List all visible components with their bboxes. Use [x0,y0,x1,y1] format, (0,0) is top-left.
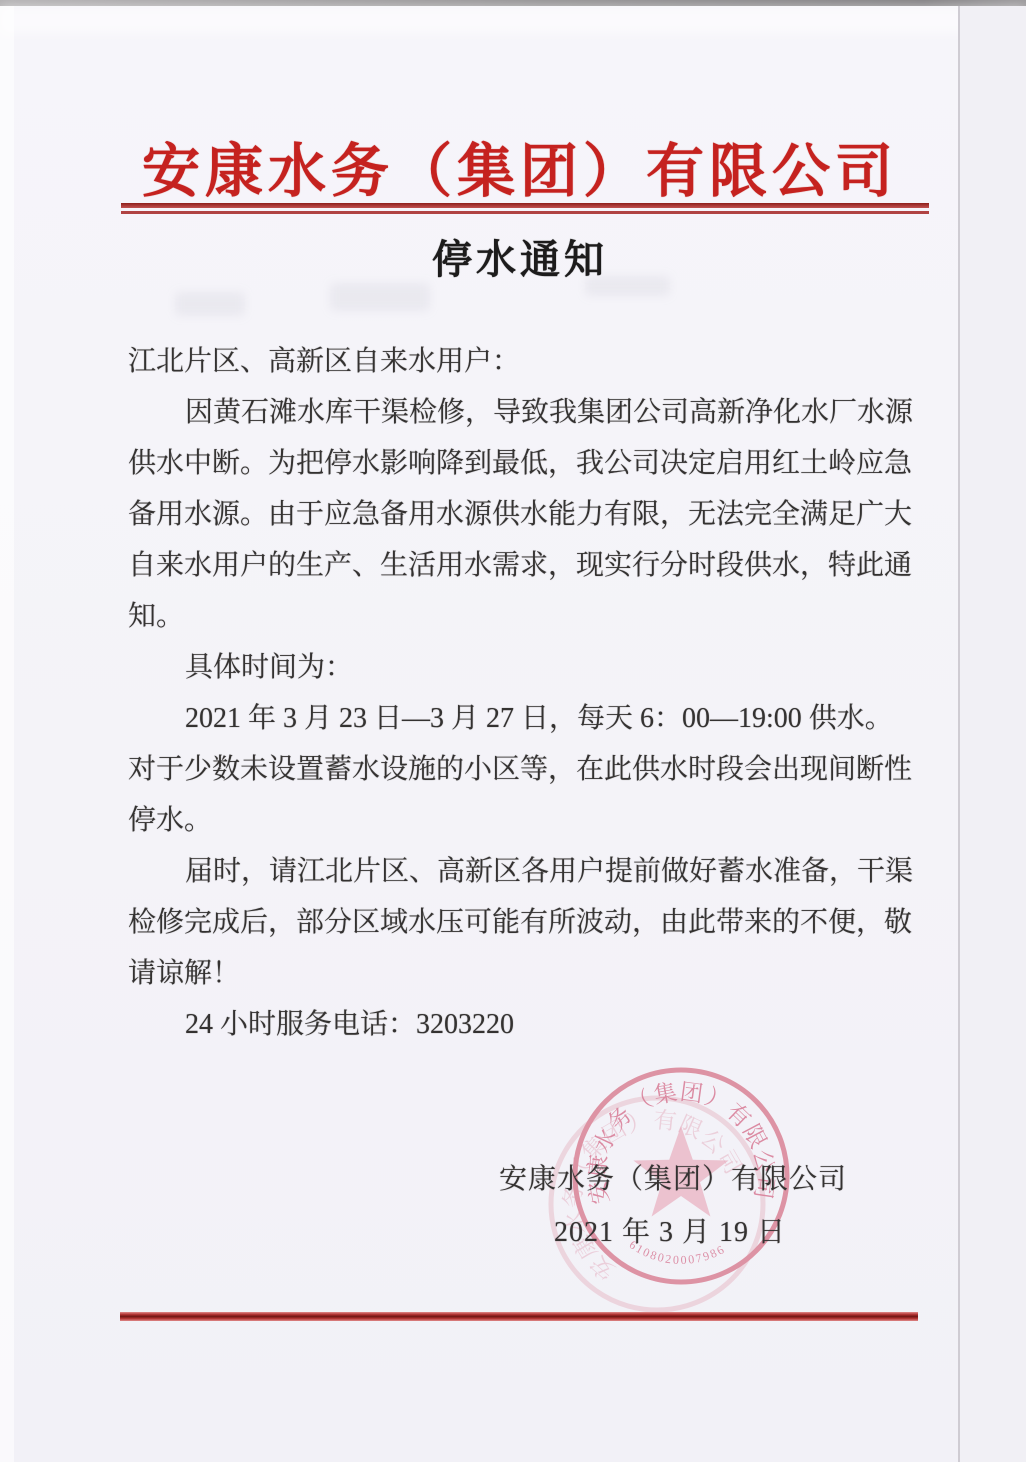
body-line: 供水中断。为把停水影响降到最低，我公司决定启用红土岭应急 [128,438,968,489]
letterhead-rule-thin [121,211,929,214]
signature-date: 2021 年 3 月 19 日 [554,1210,786,1250]
notice-body: 江北片区、高新区自来水用户：因黄石滩水库干渠检修，导致我集团公司高新净化水厂水源… [128,336,968,1050]
body-line: 知。 [128,591,968,642]
signature-company: 安康水务（集团）有限公司 [499,1157,847,1197]
body-line: 届时，请江北片区、高新区各用户提前做好蓄水准备，干渠 [128,846,968,897]
notice-title: 停水通知 [90,228,950,285]
scan-smudge [175,292,245,316]
scan-edge-right [960,6,1026,1462]
body-line: 请谅解！ [128,948,968,999]
body-line: 因黄石滩水库干渠检修，导致我集团公司高新净化水厂水源 [128,387,968,438]
letterhead-rule [121,203,929,214]
scan-smudge [330,283,430,311]
body-line: 24 小时服务电话：3203220 [128,999,968,1050]
body-line: 2021 年 3 月 23 日—3 月 27 日，每天 6：00—19:00 供… [128,693,968,744]
body-line: 江北片区、高新区自来水用户： [128,336,968,387]
body-line: 对于少数未设置蓄水设施的小区等，在此供水时段会出现间断性 [128,744,968,795]
body-line: 检修完成后，部分区域水压可能有所波动，由此带来的不便，敬 [128,897,968,948]
body-line: 备用水源。由于应急备用水源供水能力有限，无法完全满足广大 [128,489,968,540]
footer-rule [120,1312,918,1321]
body-line: 具体时间为： [128,642,968,693]
body-line: 自来水用户的生产、生活用水需求，现实行分时段供水，特此通 [128,540,968,591]
scanned-notice-page: 安康水务（集团）有限公司 停水通知 江北片区、高新区自来水用户：因黄石滩水库干渠… [0,0,1026,1462]
company-letterhead: 安康水务（集团）有限公司 [90,124,950,208]
body-line: 停水。 [128,795,968,846]
scan-glow-top [0,6,1026,34]
scan-edge-left [0,6,14,1462]
